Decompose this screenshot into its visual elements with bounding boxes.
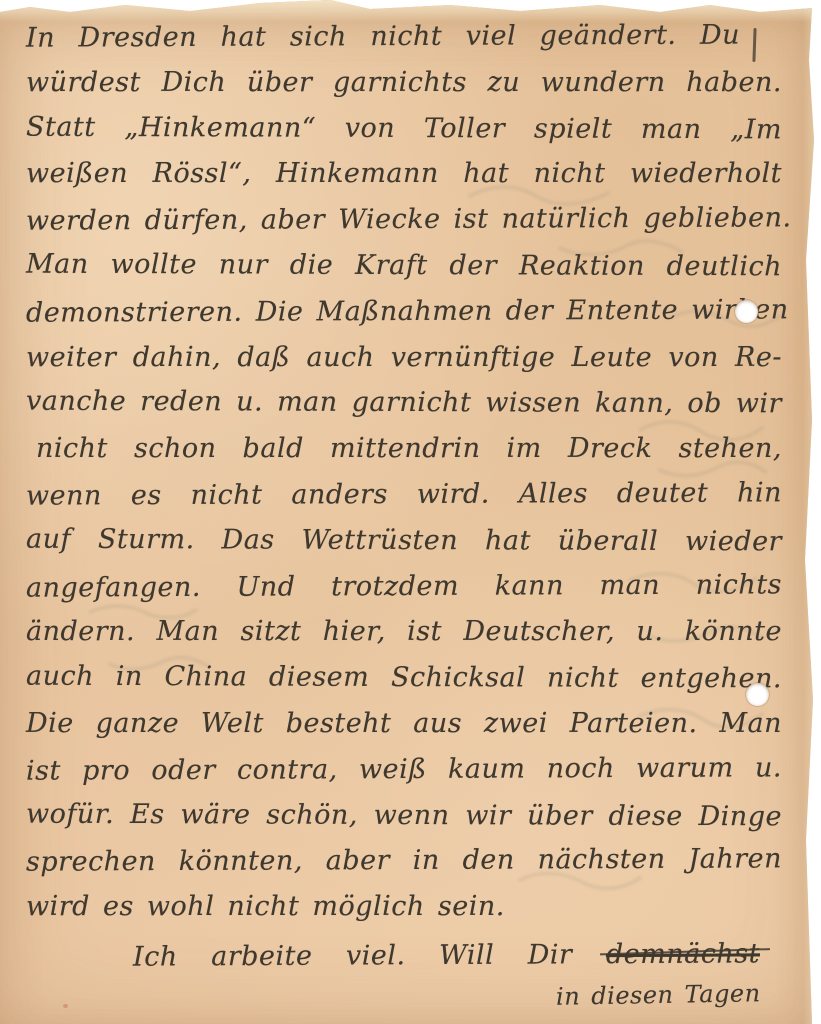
letter-line: Statt „Hinkemann“ von Toller spielt man … — [26, 104, 782, 152]
closing-text: Ich arbeite viel. Will Dir — [133, 939, 606, 972]
letter-body: In Dresden hat sich nicht viel geändert.… — [26, 14, 782, 930]
letter-line: wofür. Es wäre schön, wenn wir über dies… — [26, 791, 782, 839]
letter-line: nicht schon bald mittendrin im Dreck ste… — [26, 426, 782, 472]
scanned-letter-page: In Dresden hat sich nicht viel geändert.… — [0, 0, 821, 1024]
letter-line: wenn es nicht anders wird. Alles deutet … — [26, 470, 782, 519]
letter-line: Man wollte nur die Kraft der Reaktion de… — [26, 242, 782, 290]
letter-line: werden dürfen, aber Wiecke ist natürlich… — [26, 196, 782, 245]
letter-line: vanche reden u. man garnicht wissen kann… — [26, 379, 782, 427]
letter-line: wird es wohl nicht möglich sein. — [26, 884, 782, 930]
struck-word: demnächst — [606, 938, 760, 970]
letter-line: weißen Rössl“, Hinkemann hat nicht wiede… — [26, 151, 782, 197]
letter-line: In Dresden hat sich nicht viel geändert.… — [26, 12, 782, 61]
closing-line: Ich arbeite viel. Will Dir demnächst — [133, 938, 760, 972]
letter-line: auf Sturm. Das Wettrüsten hat überall wi… — [26, 516, 782, 564]
letter-line: sprechen könnten, aber in den nächsten J… — [26, 837, 782, 886]
punch-hole-bottom — [746, 683, 769, 706]
letter-line: auch in China diesem Schicksal nicht ent… — [26, 654, 782, 702]
punch-hole-top — [735, 300, 758, 323]
paper-sheet: In Dresden hat sich nicht viel geändert.… — [0, 0, 821, 1024]
letter-line: ändern. Man sitzt hier, ist Deutscher, u… — [26, 609, 782, 655]
inserted-correction: in diesen Tagen — [556, 979, 761, 1011]
letter-line: demonstrieren. Die Maßnahmen der Entente… — [26, 287, 782, 336]
letter-line: Die ganze Welt besteht aus zwei Parteien… — [26, 701, 782, 747]
letter-line: ist pro oder contra, weiß kaum noch waru… — [26, 745, 782, 794]
paper-speck — [63, 1004, 68, 1008]
letter-line: weiter dahin, daß auch vernünftige Leute… — [26, 335, 782, 381]
letter-line: angefangen. Und trotzdem kann man nichts — [26, 562, 782, 611]
letter-line: würdest Dich über garnichts zu wundern h… — [26, 60, 782, 106]
